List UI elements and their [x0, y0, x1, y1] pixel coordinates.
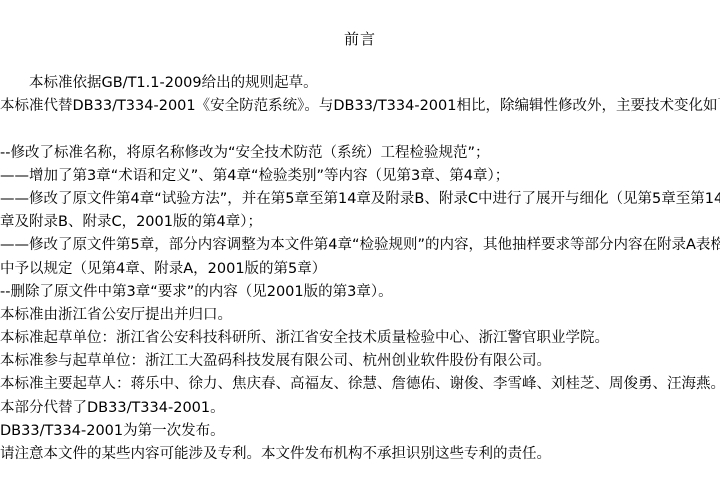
- doc-line: DB33/T334-2001为第一次发布。: [0, 420, 720, 443]
- doc-line: 中予以规定（见第4章、附录A，2001版的第5章）: [0, 258, 720, 281]
- doc-line: 本标准主要起草人：蒋乐中、徐力、焦庆春、高福友、徐慧、詹德佑、谢俊、李雪峰、刘桂…: [0, 373, 720, 396]
- doc-line: 本标准起草单位：浙江省公安科技科研所、浙江省安全技术质量检验中心、浙江警官职业学…: [0, 327, 720, 350]
- doc-line: --删除了原文件中第3章“要求”的内容（见2001版的第3章）。: [0, 281, 720, 304]
- doc-line: ——修改了原文件第5章，部分内容调整为本文件第4章“检验规则”的内容，其他抽样要…: [0, 234, 720, 257]
- doc-line-blank: [0, 118, 720, 141]
- doc-line: 本标准由浙江省公安厅提出并归口。: [0, 304, 720, 327]
- doc-line: ——增加了第3章“术语和定义”、第4章“检验类别”等内容（见第3章、第4章）；: [0, 165, 720, 188]
- doc-line: ——修改了原文件第4章“试验方法”，并在第5章至第14章及附录B、附录C中进行了…: [0, 188, 720, 211]
- doc-line: 本标准代替DB33/T334-2001《安全防范系统》。与DB33/T334-2…: [0, 95, 720, 118]
- doc-line: 章及附录B、附录C，2001版的第4章）；: [0, 211, 720, 234]
- document-page: 前言 本标准依据GB/T1.1-2009给出的规则起草。 本标准代替DB33/T…: [0, 0, 720, 489]
- doc-line: 本标准参与起草单位：浙江工大盈码科技发展有限公司、杭州创业软件股份有限公司。: [0, 350, 720, 373]
- doc-line: 本部分代替了DB33/T334-2001。: [0, 397, 720, 420]
- doc-line: 请注意本文件的某些内容可能涉及专利。本文件发布机构不承担识别这些专利的责任。: [0, 443, 720, 466]
- document-body: 本标准依据GB/T1.1-2009给出的规则起草。 本标准代替DB33/T334…: [0, 72, 720, 466]
- page-title: 前言: [0, 29, 720, 49]
- doc-line: --修改了标准名称，将原名称修改为“安全技术防范（系统）工程检验规范”；: [0, 142, 720, 165]
- doc-line: 本标准依据GB/T1.1-2009给出的规则起草。: [0, 72, 720, 95]
